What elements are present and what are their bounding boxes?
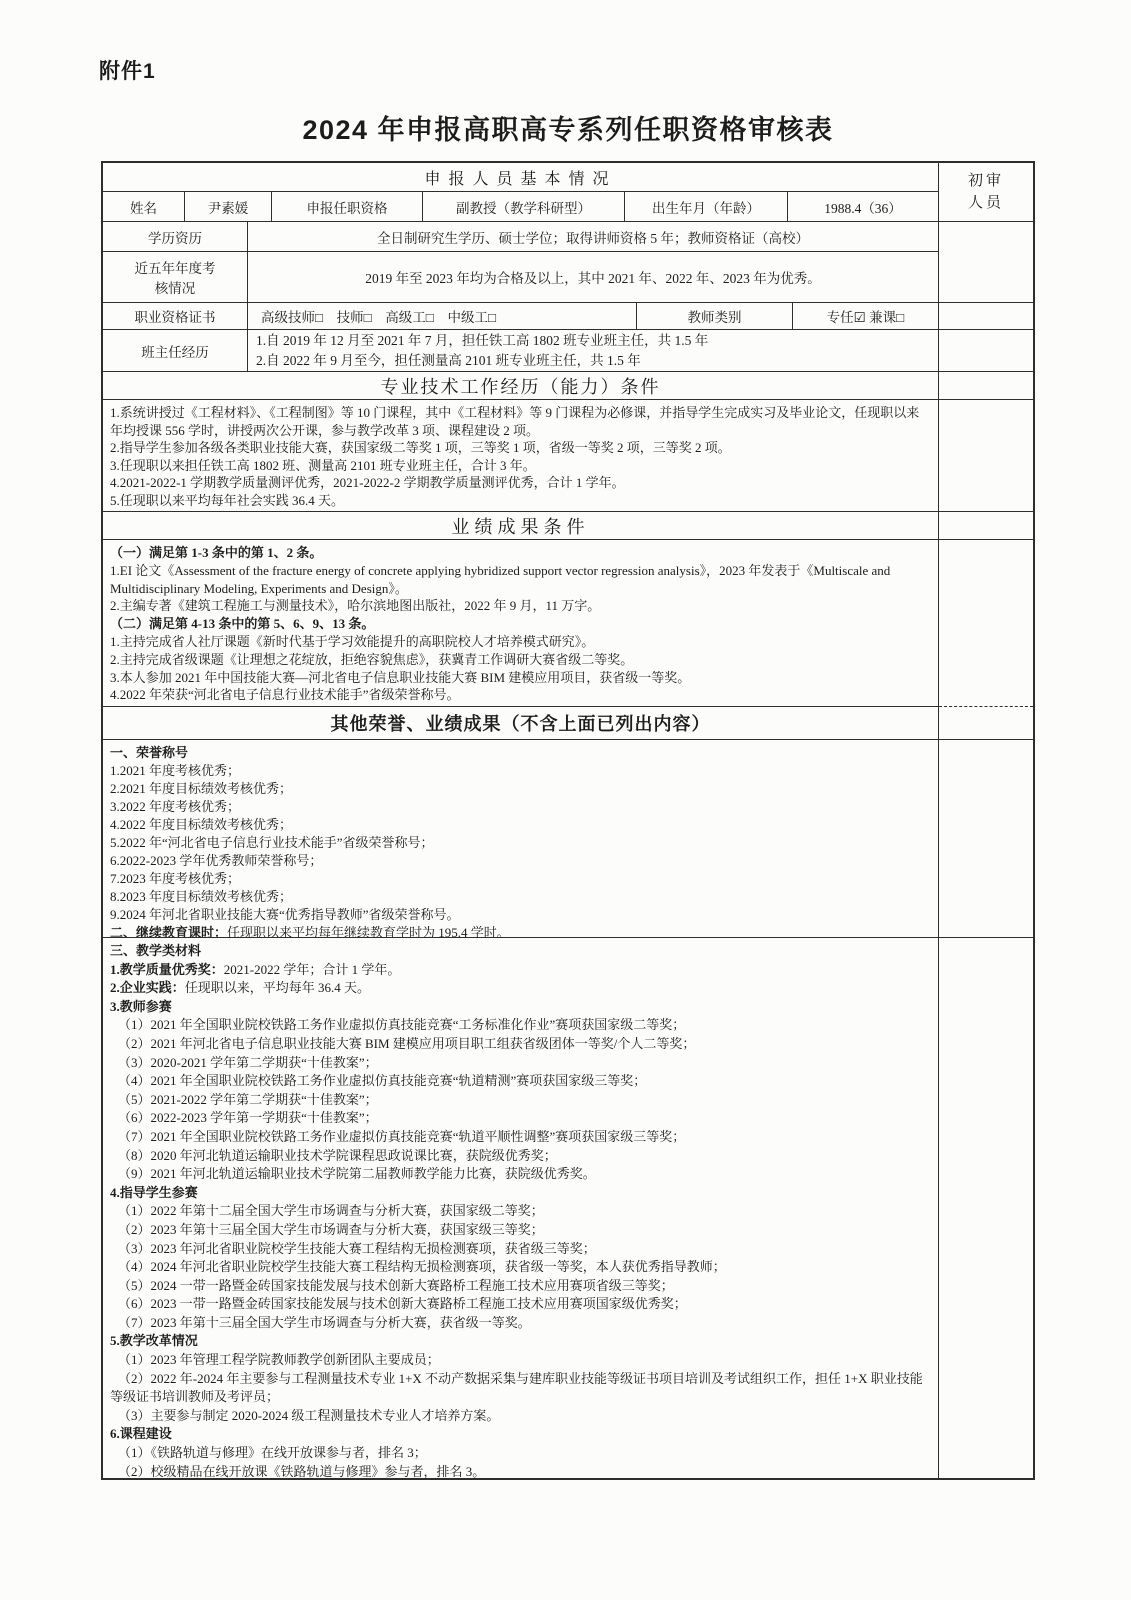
content-line: 2.主编专著《建筑工程施工与测量技术》，哈尔滨地图出版社，2022 年 9 月，… <box>110 597 928 615</box>
apply-title-value: 副教授（教学科研型） <box>423 192 625 221</box>
education-value: 全日制研究生学历、硕士学位；取得讲师资格 5 年；教师资格证（高校） <box>248 222 938 251</box>
birth-date-value: 1988.4（36） <box>788 192 938 221</box>
content-line: 2.2021 年度目标绩效考核优秀； <box>110 780 928 798</box>
reviewer-cell-teaching <box>939 938 1033 1478</box>
content-line: 4.指导学生参赛 <box>110 1184 928 1203</box>
reviewer-cell-homeroom <box>939 330 1033 372</box>
teaching-materials-content: 三、教学类材料1.教学质量优秀奖：2021-2022 学年；合计 1 学年。2.… <box>103 938 938 1478</box>
homeroom-line-1: 1.自 2019 年 12 月至 2021 年 7 月，担任铁工高 1802 班… <box>256 331 708 351</box>
row-honors-content: 一、荣誉称号1.2021 年度考核优秀；2.2021 年度目标绩效考核优秀；3.… <box>103 740 938 938</box>
row-name: 姓名 尹素媛 申报任职资格 副教授（教学科研型） 出生年月（年龄） 1988.4… <box>103 192 938 222</box>
teacher-type-label: 教师类别 <box>637 303 793 329</box>
certificate-label: 职业资格证书 <box>103 303 248 329</box>
professional-content: 1.系统讲授过《工程材料》、《工程制图》等 10 门课程，其中《工程材料》等 9… <box>103 400 938 511</box>
homeroom-line-2: 2.自 2022 年 9 月至今，担任测量高 2101 班专业班主任，共 1.5… <box>256 351 641 371</box>
content-line: （7）2023 年第十三届全国大学生市场调查与分析大赛，获省级一等奖。 <box>110 1314 928 1333</box>
content-line: （1）2021 年全国职业院校铁路工务作业虚拟仿真技能竞赛“工务标准化作业”赛项… <box>110 1016 928 1035</box>
row-assessment: 近五年年度考 核情况 2019 年至 2023 年均为合格及以上，其中 2021… <box>103 252 938 303</box>
content-line: 三、教学类材料 <box>110 942 928 961</box>
row-certificates: 职业资格证书 高级技师□ 技师□ 高级工□ 中级工□ 教师类别 专任☑ 兼课□ <box>103 303 938 330</box>
education-label: 学历资历 <box>103 222 248 251</box>
review-form-table: 申报人员基本情况 姓名 尹素媛 申报任职资格 副教授（教学科研型） 出生年月（年… <box>101 161 1035 1480</box>
content-line: 3.2022 年度考核优秀； <box>110 798 928 816</box>
assessment-value: 2019 年至 2023 年均为合格及以上，其中 2021 年、2022 年、2… <box>248 252 938 302</box>
reviewer-cell-basic <box>939 222 1033 303</box>
row-professional-content: 1.系统讲授过《工程材料》、《工程制图》等 10 门课程，其中《工程材料》等 9… <box>103 400 938 512</box>
content-line: 二、继续教育课时：任现职以来平均每年继续教育学时为 195.4 学时。 <box>110 924 928 937</box>
content-line: 1.教学质量优秀奖：2021-2022 学年；合计 1 学年。 <box>110 961 928 980</box>
content-line: （3）2020-2021 学年第二学期获“十佳教案”； <box>110 1054 928 1073</box>
content-line: （3）2023 年河北省职业院校学生技能大赛工程结构无损检测赛项，获省级三等奖； <box>110 1240 928 1259</box>
content-line: 一、荣誉称号 <box>110 744 928 762</box>
content-line: （4）2024 年河北省职业院校学生技能大赛工程结构无损检测赛项，获省级一等奖，… <box>110 1258 928 1277</box>
content-line: （2）2021 年河北省电子信息职业技能大赛 BIM 建模应用项目职工组获省级团… <box>110 1035 928 1054</box>
reviewer-cell-professional <box>939 400 1033 512</box>
content-line: 3.任现职以来担任铁工高 1802 班、测量高 2101 班专业班主任，合计 3… <box>110 457 928 475</box>
content-line: （6）2023 一带一路暨金砖国家技能发展与技术创新大赛路桥工程施工技术应用赛项… <box>110 1295 928 1314</box>
content-line: 5.教学改革情况 <box>110 1332 928 1351</box>
row-education: 学历资历 全日制研究生学历、硕士学位；取得讲师资格 5 年；教师资格证（高校） <box>103 222 938 252</box>
reviewer-column: 初审 人员 <box>938 163 1033 1478</box>
content-line: （2）2023 年第十三届全国大学生市场调查与分析大赛，获国家级三等奖； <box>110 1221 928 1240</box>
reviewer-cell-professional-header <box>939 372 1033 400</box>
row-teaching-content: 三、教学类材料1.教学质量优秀奖：2021-2022 学年；合计 1 学年。2.… <box>103 938 938 1478</box>
section-title-achievements: 业绩成果条件 <box>103 512 938 539</box>
row-achievements-content: （一）满足第 1-3 条中的第 1、2 条。1.EI 论文《Assessment… <box>103 540 938 707</box>
reviewer-cell-certificates <box>939 303 1033 330</box>
content-line: （1）2022 年第十二届全国大学生市场调查与分析大赛，获国家级二等奖； <box>110 1202 928 1221</box>
name-value: 尹素媛 <box>185 192 272 221</box>
content-line: 4.2022 年荣获“河北省电子信息行业技术能手”省级荣誉称号。 <box>110 686 928 704</box>
content-line: 6.2022-2023 学年优秀教师荣誉称号； <box>110 852 928 870</box>
content-line: （4）2021 年全国职业院校铁路工务作业虚拟仿真技能竞赛“轨道精测”赛项获国家… <box>110 1072 928 1091</box>
content-line: 2.企业实践：任现职以来，平均每年 36.4 天。 <box>110 979 928 998</box>
content-line: 6.课程建设 <box>110 1425 928 1444</box>
content-line: 3.教师参赛 <box>110 998 928 1017</box>
content-line: （5）2024 一带一路暨金砖国家技能发展与技术创新大赛路桥工程施工技术应用赛项… <box>110 1277 928 1296</box>
homeroom-value: 1.自 2019 年 12 月至 2021 年 7 月，担任铁工高 1802 班… <box>248 330 938 371</box>
content-line: 2.主持完成省级课题《让理想之花绽放，拒绝容貌焦虑》，获冀青工作调研大赛省级二等… <box>110 651 928 669</box>
teacher-type-checkboxes: 专任☑ 兼课□ <box>793 303 938 329</box>
reviewer-cell-achievements-header <box>939 512 1033 540</box>
content-line: （一）满足第 1-3 条中的第 1、2 条。 <box>110 544 928 562</box>
content-line: （7）2021 年全国职业院校铁路工务作业虚拟仿真技能竞赛“轨道平顺性调整”赛项… <box>110 1128 928 1147</box>
reviewer-column-label: 初审 人员 <box>939 163 1033 222</box>
attachment-label: 附件1 <box>99 55 156 85</box>
section-title-other-honors: 其他荣誉、业绩成果（不含上面已列出内容） <box>103 707 938 739</box>
content-line: 5.2022 年“河北省电子信息行业技术能手”省级荣誉称号； <box>110 834 928 852</box>
certificate-checkboxes: 高级技师□ 技师□ 高级工□ 中级工□ <box>248 303 637 329</box>
reviewer-cell-other-header <box>939 707 1033 740</box>
content-line: 1.主持完成省人社厅课题《新时代基于学习效能提升的高职院校人才培养模式研究》。 <box>110 633 928 651</box>
apply-title-label: 申报任职资格 <box>272 192 423 221</box>
row-basic-info-header: 申报人员基本情况 <box>103 163 938 192</box>
content-line: 2.指导学生参加各级各类职业技能大赛，获国家级二等奖 1 项，三等奖 1 项，省… <box>110 439 928 457</box>
row-homeroom: 班主任经历 1.自 2019 年 12 月至 2021 年 7 月，担任铁工高 … <box>103 330 938 372</box>
content-line: 9.2024 年河北省职业技能大赛“优秀指导教师”省级荣誉称号。 <box>110 906 928 924</box>
content-line: 7.2023 年度考核优秀； <box>110 870 928 888</box>
content-line: 1.系统讲授过《工程材料》、《工程制图》等 10 门课程，其中《工程材料》等 9… <box>110 404 928 439</box>
content-line: 3.本人参加 2021 年中国技能大赛—河北省电子信息职业技能大赛 BIM 建模… <box>110 669 928 687</box>
content-line: （9）2021 年河北轨道运输职业技术学院第二届教师教学能力比赛，获院级优秀奖。 <box>110 1165 928 1184</box>
content-line: （3）主要参与制定 2020-2024 级工程测量技术专业人才培养方案。 <box>110 1407 928 1426</box>
section-title-basic-info: 申报人员基本情况 <box>103 163 938 191</box>
content-line: 5.任现职以来平均每年社会实践 36.4 天。 <box>110 492 928 510</box>
form-main-column: 申报人员基本情况 姓名 尹素媛 申报任职资格 副教授（教学科研型） 出生年月（年… <box>103 163 938 1478</box>
page-title: 2024 年申报高职高专系列任职资格审核表 <box>101 108 1035 147</box>
row-achievements-header: 业绩成果条件 <box>103 512 938 540</box>
content-line: （二）满足第 4-13 条中的第 5、6、9、13 条。 <box>110 615 928 633</box>
content-line: （8）2020 年河北轨道运输职业技术学院课程思政说课比赛，获院级优秀奖； <box>110 1147 928 1166</box>
assessment-label: 近五年年度考 核情况 <box>103 252 248 302</box>
reviewer-cell-achievements <box>939 540 1033 707</box>
content-line: 4.2022 年度目标绩效考核优秀； <box>110 816 928 834</box>
content-line: （1）2023 年管理工程学院教师教学创新团队主要成员； <box>110 1351 928 1370</box>
section-title-professional: 专业技术工作经历（能力）条件 <box>103 372 938 399</box>
row-professional-header: 专业技术工作经历（能力）条件 <box>103 372 938 400</box>
name-label: 姓名 <box>103 192 185 221</box>
reviewer-cell-honors <box>939 740 1033 938</box>
content-line: 1.2021 年度考核优秀； <box>110 762 928 780</box>
birth-date-label: 出生年月（年龄） <box>625 192 788 221</box>
content-line: （5）2021-2022 学年第二学期获“十佳教案”； <box>110 1091 928 1110</box>
row-other-honors-header: 其他荣誉、业绩成果（不含上面已列出内容） <box>103 707 938 740</box>
honors-content: 一、荣誉称号1.2021 年度考核优秀；2.2021 年度目标绩效考核优秀；3.… <box>103 740 938 937</box>
scanned-document-page: 附件1 2024 年申报高职高专系列任职资格审核表 申报人员基本情况 姓名 尹素… <box>0 0 1131 1600</box>
achievements-content: （一）满足第 1-3 条中的第 1、2 条。1.EI 论文《Assessment… <box>103 540 938 706</box>
content-line: 1.EI 论文《Assessment of the fracture energ… <box>110 562 928 598</box>
content-line: （2）2022 年-2024 年主要参与工程测量技术专业 1+X 不动产数据采集… <box>110 1370 928 1407</box>
homeroom-label: 班主任经历 <box>103 330 248 371</box>
content-line: 8.2023 年度目标绩效考核优秀； <box>110 888 928 906</box>
content-line: （6）2022-2023 学年第一学期获“十佳教案”； <box>110 1109 928 1128</box>
content-line: 4.2021-2022-1 学期教学质量测评优秀，2021-2022-2 学期教… <box>110 474 928 492</box>
content-line: （2）校级精品在线开放课《铁路轨道与修理》参与者，排名 3。 <box>110 1463 928 1478</box>
content-line: （1）《铁路轨道与修理》在线开放课参与者，排名 3； <box>110 1444 928 1463</box>
